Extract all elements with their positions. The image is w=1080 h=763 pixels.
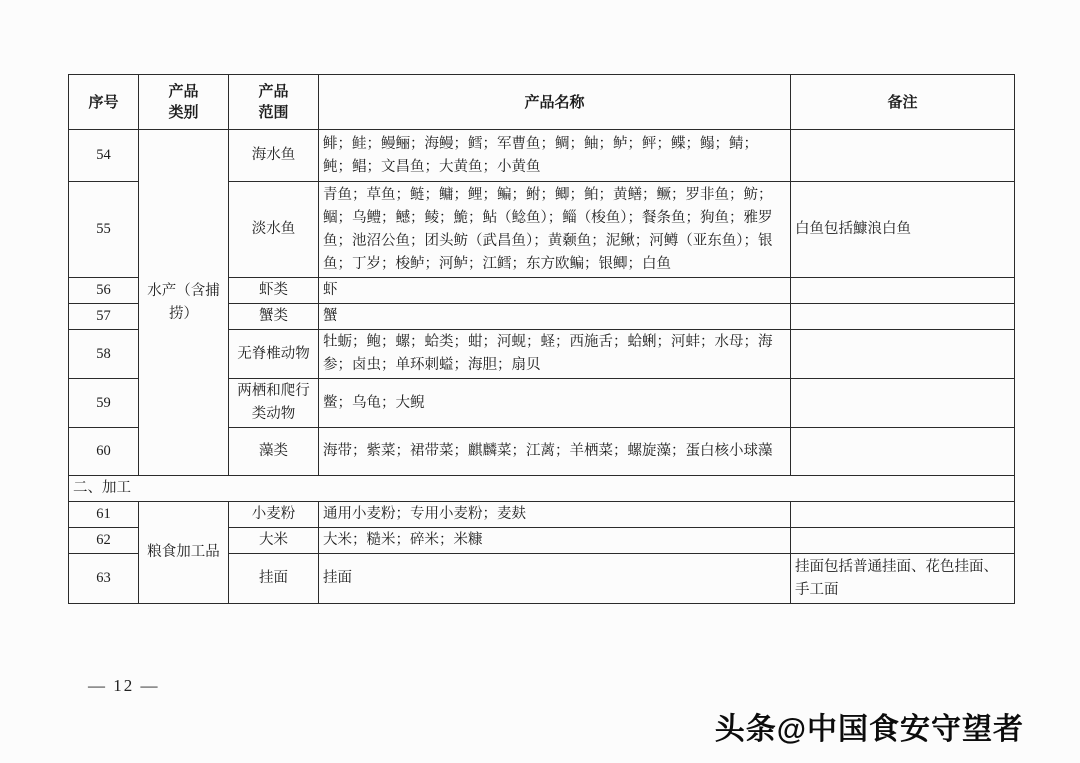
name-cell: 挂面 xyxy=(319,554,791,604)
scope-cell: 无脊椎动物 xyxy=(229,330,319,379)
page-number: — 12 — xyxy=(88,676,160,696)
scope-cell: 两栖和爬行类动物 xyxy=(229,379,319,428)
name-cell: 青鱼；草鱼；鲢；鳙；鲤；鳊；鲋；鲫；鲌；黄鳝；鳜；罗非鱼；鲂；鲴；乌鳢；鳡；鲮；… xyxy=(319,182,791,278)
seq-cell: 59 xyxy=(69,379,139,428)
name-cell: 海带；紫菜；裙带菜；麒麟菜；江蓠；羊栖菜；螺旋藻；蛋白核小球藻 xyxy=(319,428,791,476)
scope-cell: 淡水鱼 xyxy=(229,182,319,278)
scope-cell: 海水鱼 xyxy=(229,130,319,182)
remark-cell xyxy=(791,278,1015,304)
scope-cell: 藻类 xyxy=(229,428,319,476)
scope-cell: 大米 xyxy=(229,528,319,554)
seq-cell: 61 xyxy=(69,502,139,528)
col-header-seq: 序号 xyxy=(69,75,139,130)
remark-cell xyxy=(791,528,1015,554)
col-header-remark: 备注 xyxy=(791,75,1015,130)
table-row-54: 54 水产（含捕捞） 海水鱼 鲱；鲑；鳗鲡；海鳗；鳕；军曹鱼；鲷；鲉；鲈；鲆；鲽… xyxy=(69,130,1015,182)
section-row-processing: 二、加工 xyxy=(69,476,1015,502)
name-cell: 鳖；乌龟；大鲵 xyxy=(319,379,791,428)
watermark-text: 头条@中国食安守望者 xyxy=(715,704,1024,748)
seq-cell: 54 xyxy=(69,130,139,182)
remark-cell xyxy=(791,304,1015,330)
seq-cell: 57 xyxy=(69,304,139,330)
col-header-name: 产品名称 xyxy=(319,75,791,130)
name-cell: 通用小麦粉；专用小麦粉；麦麸 xyxy=(319,502,791,528)
remark-cell: 白鱼包括鱇浪白鱼 xyxy=(791,182,1015,278)
name-cell: 大米；糙米；碎米；米糠 xyxy=(319,528,791,554)
col-header-category: 产品 类别 xyxy=(139,75,229,130)
remark-cell xyxy=(791,428,1015,476)
col-header-scope: 产品 范围 xyxy=(229,75,319,130)
seq-cell: 58 xyxy=(69,330,139,379)
section-label: 二、加工 xyxy=(69,476,1015,502)
remark-cell: 挂面包括普通挂面、花色挂面、手工面 xyxy=(791,554,1015,604)
seq-cell: 63 xyxy=(69,554,139,604)
seq-cell: 62 xyxy=(69,528,139,554)
category-cell-grain: 粮食加工品 xyxy=(139,502,229,604)
scope-cell: 蟹类 xyxy=(229,304,319,330)
scope-cell: 小麦粉 xyxy=(229,502,319,528)
category-cell-aquatic: 水产（含捕捞） xyxy=(139,130,229,476)
seq-cell: 60 xyxy=(69,428,139,476)
name-cell: 虾 xyxy=(319,278,791,304)
table-row-61: 61 粮食加工品 小麦粉 通用小麦粉；专用小麦粉；麦麸 xyxy=(69,502,1015,528)
remark-cell xyxy=(791,330,1015,379)
scope-cell: 虾类 xyxy=(229,278,319,304)
scope-cell: 挂面 xyxy=(229,554,319,604)
header-row: 序号 产品 类别 产品 范围 产品名称 备注 xyxy=(69,75,1015,130)
seq-cell: 56 xyxy=(69,278,139,304)
name-cell: 蟹 xyxy=(319,304,791,330)
name-cell: 牡蛎；鲍；螺；蛤类；蚶；河蚬；蛏；西施舌；蛤蜊；河蚌；水母；海参；卤虫；单环刺螠… xyxy=(319,330,791,379)
product-catalog-table: 序号 产品 类别 产品 范围 产品名称 备注 54 水产（含捕捞） 海水鱼 鲱；… xyxy=(68,74,1015,604)
remark-cell xyxy=(791,502,1015,528)
document-page: 序号 产品 类别 产品 范围 产品名称 备注 54 水产（含捕捞） 海水鱼 鲱；… xyxy=(0,0,1080,763)
name-cell: 鲱；鲑；鳗鲡；海鳗；鳕；军曹鱼；鲷；鲉；鲈；鲆；鲽；鳎；鲭；鲀；鲳；文昌鱼；大黄… xyxy=(319,130,791,182)
remark-cell xyxy=(791,379,1015,428)
remark-cell xyxy=(791,130,1015,182)
seq-cell: 55 xyxy=(69,182,139,278)
